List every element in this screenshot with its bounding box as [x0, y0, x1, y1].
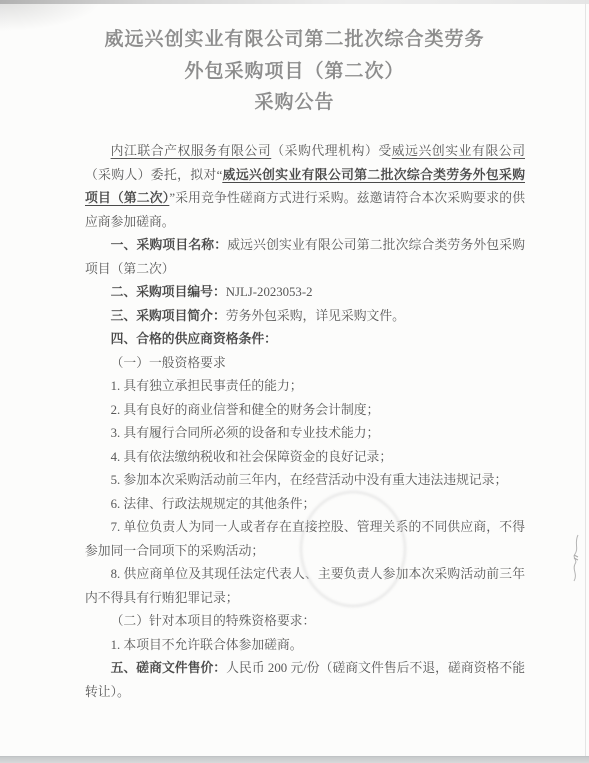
text-segment: （采购人）委托，拟对“ — [85, 168, 222, 182]
scan-edge-top — [0, 0, 589, 4]
section-1-project-name: 一、采购项目名称：威远兴创实业有限公司第二批次综合类劳务外包采购项目（第二次） — [85, 234, 525, 281]
text-segment: 内江联合产权服务有限公司 — [111, 144, 272, 158]
text-segment: 8. 供应商单位及其现任法定代表人、主要负责人参加本次采购活动前三年内不得具有行… — [85, 567, 525, 605]
general-req-2: 2. 具有良好的商业信誉和健全的财务会计制度； — [85, 399, 525, 423]
text-segment: 5. 参加本次采购活动前三年内，在经营活动中没有重大违法违规记录； — [111, 473, 508, 487]
scan-edge-bottom — [0, 756, 589, 763]
text-segment: 一、采购项目名称： — [111, 238, 228, 252]
general-req-5: 5. 参加本次采购活动前三年内，在经营活动中没有重大违法违规记录； — [85, 469, 525, 493]
text-segment: 1. 本项目不允许联合体参加磋商。 — [111, 638, 303, 652]
general-req-6: 6. 法律、行政法规规定的其他条件； — [85, 493, 525, 517]
text-segment: 6. 法律、行政法规规定的其他条件； — [111, 497, 316, 511]
text-segment: 2. 具有良好的商业信誉和健全的财务会计制度； — [111, 403, 380, 417]
general-req-3: 3. 具有履行合同所必须的设备和专业技术能力； — [85, 422, 525, 446]
section-4-supplier-qualifications: 四、合格的供应商资格条件： — [85, 328, 525, 352]
section-3-project-brief: 三、采购项目简介：劳务外包采购，详见采购文件。 — [85, 305, 525, 329]
general-req-1: 1. 具有独立承担民事责任的能力； — [85, 375, 525, 399]
text-segment: （采购代理机构）受 — [271, 144, 391, 158]
document-title: 威远兴创实业有限公司第二批次综合类劳务 外包采购项目（第二次） 采购公告 — [0, 24, 589, 119]
subsection-special-requirements: （二）针对本项目的特殊资格要求： — [85, 610, 525, 634]
text-segment: 威远兴创实业有限公司 — [392, 144, 525, 158]
text-segment: 三、采购项目简介： — [111, 309, 226, 323]
title-line-1: 威远兴创实业有限公司第二批次综合类劳务 — [0, 24, 589, 56]
section-2-project-number: 二、采购项目编号：NJLJ-2023053-2 — [85, 281, 525, 305]
intro-paragraph: 内江联合产权服务有限公司（采购代理机构）受威远兴创实业有限公司（采购人）委托，拟… — [85, 140, 525, 234]
scan-edge-right — [585, 0, 586, 763]
text-segment: NJLJ-2023053-2 — [226, 285, 313, 299]
general-req-7: 7. 单位负责人为同一人或者存在直接控股、管理关系的不同供应商，不得参加同一合同… — [85, 516, 525, 563]
text-segment: 4. 具有依法缴纳税收和社会保障资金的良好记录； — [111, 450, 393, 464]
text-segment: 3. 具有履行合同所必须的设备和专业技术能力； — [111, 426, 380, 440]
title-line-3: 采购公告 — [0, 87, 589, 119]
text-segment: 二、采购项目编号： — [111, 285, 226, 299]
special-req-1: 1. 本项目不允许联合体参加磋商。 — [85, 634, 525, 658]
scanned-document-page: 威远兴创实业有限公司第二批次综合类劳务 外包采购项目（第二次） 采购公告 内江联… — [0, 0, 589, 763]
section-5-document-price: 五、磋商文件售价：人民币 200 元/份（磋商文件售后不退，磋商资格不能转让）。 — [85, 657, 525, 704]
subsection-general-requirements: （一）一般资格要求 — [85, 352, 525, 376]
text-segment: 五、磋商文件售价： — [111, 661, 227, 675]
document-body: 内江联合产权服务有限公司（采购代理机构）受威远兴创实业有限公司（采购人）委托，拟… — [85, 140, 525, 704]
text-segment: 劳务外包采购，详见采购文件。 — [226, 309, 405, 323]
text-segment: （一）一般资格要求 — [111, 356, 226, 370]
pen-mark-right-edge — [569, 534, 583, 582]
text-segment: 四、合格的供应商资格条件： — [111, 332, 277, 346]
title-line-2: 外包采购项目（第二次） — [0, 56, 589, 88]
text-segment: 1. 具有独立承担民事责任的能力； — [111, 379, 303, 393]
text-segment: （二）针对本项目的特殊资格要求： — [111, 614, 316, 628]
text-segment: 7. 单位负责人为同一人或者存在直接控股、管理关系的不同供应商，不得参加同一合同… — [85, 520, 525, 558]
general-req-4: 4. 具有依法缴纳税收和社会保障资金的良好记录； — [85, 446, 525, 470]
general-req-8: 8. 供应商单位及其现任法定代表人、主要负责人参加本次采购活动前三年内不得具有行… — [85, 563, 525, 610]
